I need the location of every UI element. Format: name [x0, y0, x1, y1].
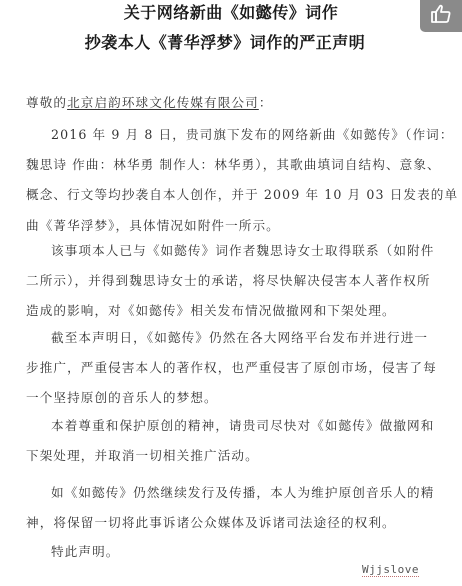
- paragraph-5-line-2: 神，将保留一切将此事诉诸公众媒体及诉诸司法途径的权利。: [26, 512, 396, 531]
- paragraph-3-line-3: 一个坚持原创的音乐人的梦想。: [26, 387, 218, 406]
- paragraph-2-line-2: 二所示），并得到魏思诗女士的承诺，将尽快解决侵害本人著作权所: [26, 270, 431, 289]
- document-title-line-1: 关于网络新曲《如懿传》词作: [0, 0, 462, 23]
- signature: Wjjslove: [362, 563, 419, 577]
- salutation: 尊敬的北京启韵环球文化传媒有限公司：: [26, 92, 273, 111]
- document-title-line-2: 抄袭本人《菁华浮梦》词作的严正声明: [0, 30, 456, 53]
- like-button[interactable]: [420, 0, 462, 32]
- paragraph-3-line-2: 步推广，严重侵害本人的著作权，也严重侵害了原创市场，侵害了每: [26, 357, 437, 376]
- paragraph-3-line-1: 截至本声明日，《如懿传》仍然在各大网络平台发布并进行进一: [51, 327, 428, 346]
- paragraph-1-line-1: 2016 年 9 月 8 日，贵司旗下发布的网络新曲《如懿传》（作词：: [51, 124, 454, 143]
- thumbs-up-icon: [429, 2, 453, 30]
- paragraph-2-line-1: 该事项本人已与《如懿传》词作者魏思诗女士取得联系（如附件: [51, 240, 434, 259]
- paragraph-1-line-3: 概念、行文等均抄袭自本人创作，并于 2009 年 10 月 03 日发表的单: [26, 184, 458, 203]
- company-name: 北京启韵环球文化传媒有限公司: [67, 95, 259, 110]
- paragraph-4-line-1: 本着尊重和保护原创的精神，请贵司尽快对《如懿传》做撤网和: [51, 415, 434, 434]
- salutation-prefix: 尊敬的: [26, 95, 67, 110]
- salutation-colon: ：: [259, 95, 273, 110]
- paragraph-4-line-2: 下架处理，并取消一切相关推广活动。: [26, 445, 259, 464]
- paragraph-4-text: 本着尊重和保护原创的精神，请贵司尽快对《如懿传》做撤网和: [51, 418, 434, 433]
- paragraph-5-line-1: 如《如懿传》仍然继续发行及传播，本人为维护原创音乐人的精: [51, 482, 434, 501]
- paragraph-1-line-4: 曲《菁华浮梦》，具体情况如附件一所示。: [26, 215, 280, 234]
- paragraph-1-line-2: 魏思诗 作曲：林华勇 制作人：林华勇），其歌曲填词自结构、意象、: [26, 154, 441, 173]
- closing-statement: 特此声明。: [51, 541, 119, 560]
- paragraph-2-line-3: 造成的影响，对《如懿传》相关发布情况做撤网和下架处理。: [26, 300, 396, 319]
